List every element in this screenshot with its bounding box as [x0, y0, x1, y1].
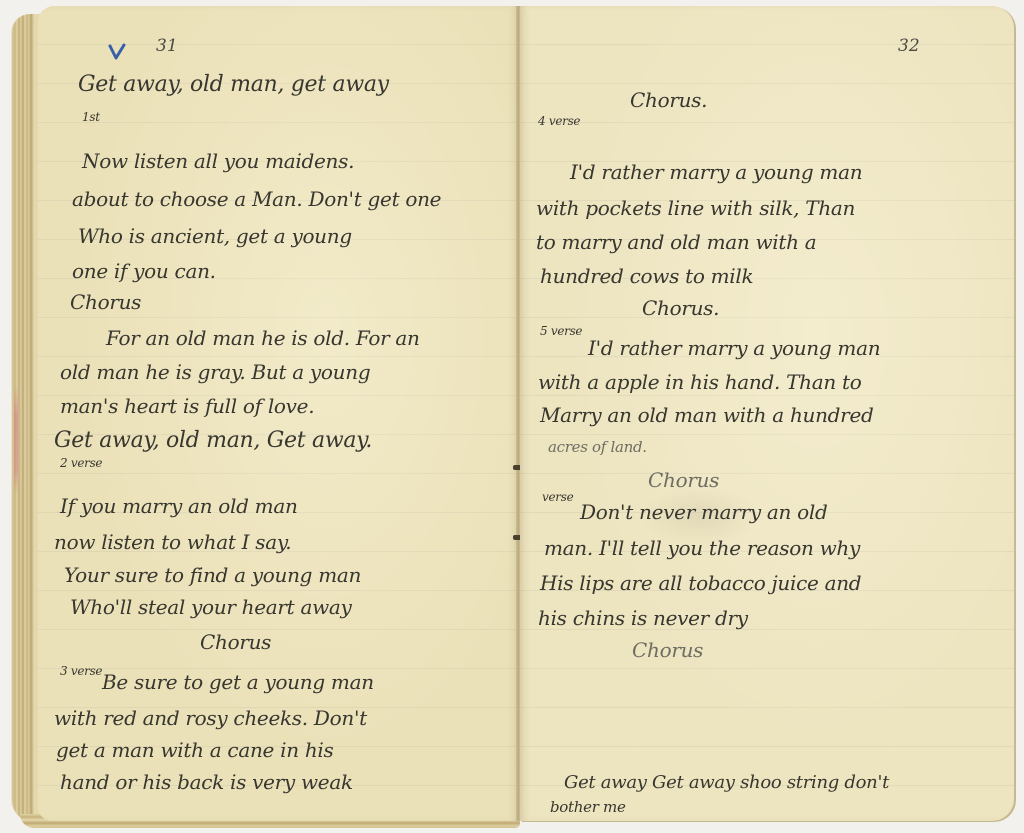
lyric-line: Your sure to find a young man: [64, 563, 361, 587]
edge-stain: [14, 384, 18, 494]
lyric-line: hand or his back is very weak: [60, 770, 353, 794]
lyric-line: now listen to what I say.: [54, 530, 291, 554]
right-page: 32 Chorus. 4 verse I'd rather marry a yo…: [520, 6, 1014, 821]
lyric-line: one if you can.: [72, 259, 216, 283]
verse-marker: 4 verse: [538, 114, 580, 128]
page-number: 31: [156, 36, 178, 56]
lyric-line: Who'll steal your heart away: [70, 595, 352, 619]
lyric-line: Get away Get away shoo string don't: [564, 772, 889, 793]
lyric-line: get a man with a cane in his: [56, 738, 334, 762]
chorus-label: Chorus.: [630, 88, 707, 112]
verse-marker: 1st: [82, 110, 100, 124]
lyric-line: man's heart is full of love.: [60, 394, 314, 418]
lyric-line: with pockets line with silk, Than: [536, 196, 855, 220]
lyric-line: Now listen all you maidens.: [82, 149, 354, 173]
lyric-line: acres of land.: [548, 438, 647, 456]
lyric-line: hundred cows to milk: [540, 264, 753, 288]
chorus-label: Chorus: [648, 468, 719, 492]
chorus-label: Chorus: [70, 290, 141, 314]
title-line: Get away, old man, get away: [78, 72, 389, 97]
lyric-line: to marry and old man with a: [536, 230, 816, 254]
chorus-label: Chorus: [200, 630, 271, 654]
lyric-line: with a apple in his hand. Than to: [538, 370, 862, 394]
notebook-spread: 31 Get away, old man, get away 1st Now l…: [12, 6, 1022, 828]
verse-marker: 2 verse: [60, 456, 102, 470]
lyric-line: old man he is gray. But a young: [60, 360, 370, 384]
lyric-line: If you marry an old man: [60, 494, 298, 518]
chorus-label: Chorus.: [642, 296, 719, 320]
lyric-line: Get away, old man, Get away.: [54, 428, 372, 453]
lyric-line: Who is ancient, get a young: [78, 224, 352, 248]
verse-marker: 3 verse: [60, 664, 102, 678]
lyric-line: about to choose a Man. Don't get one: [72, 187, 441, 211]
verse-marker: 5 verse: [540, 324, 582, 338]
left-page: 31 Get away, old man, get away 1st Now l…: [38, 6, 518, 821]
lyric-line: Don't never marry an old: [580, 500, 828, 524]
verse-marker: verse: [542, 490, 573, 504]
lyric-line: For an old man he is old. For an: [106, 326, 420, 350]
lyric-line: his chins is never dry: [538, 606, 748, 630]
page-number: 32: [898, 36, 920, 56]
lyric-line: His lips are all tobacco juice and: [540, 571, 861, 595]
lyric-line: man. I'll tell you the reason why: [544, 536, 860, 560]
lyric-line: with red and rosy cheeks. Don't: [54, 706, 367, 730]
lyric-line: I'd rather marry a young man: [588, 336, 880, 360]
lyric-line: Marry an old man with a hundred: [540, 403, 873, 427]
lyric-line: I'd rather marry a young man: [570, 160, 862, 184]
lyric-line: bother me: [550, 798, 626, 816]
lyric-line: Be sure to get a young man: [102, 670, 374, 694]
chorus-label: Chorus: [632, 638, 703, 662]
check-mark-icon: [108, 42, 126, 62]
